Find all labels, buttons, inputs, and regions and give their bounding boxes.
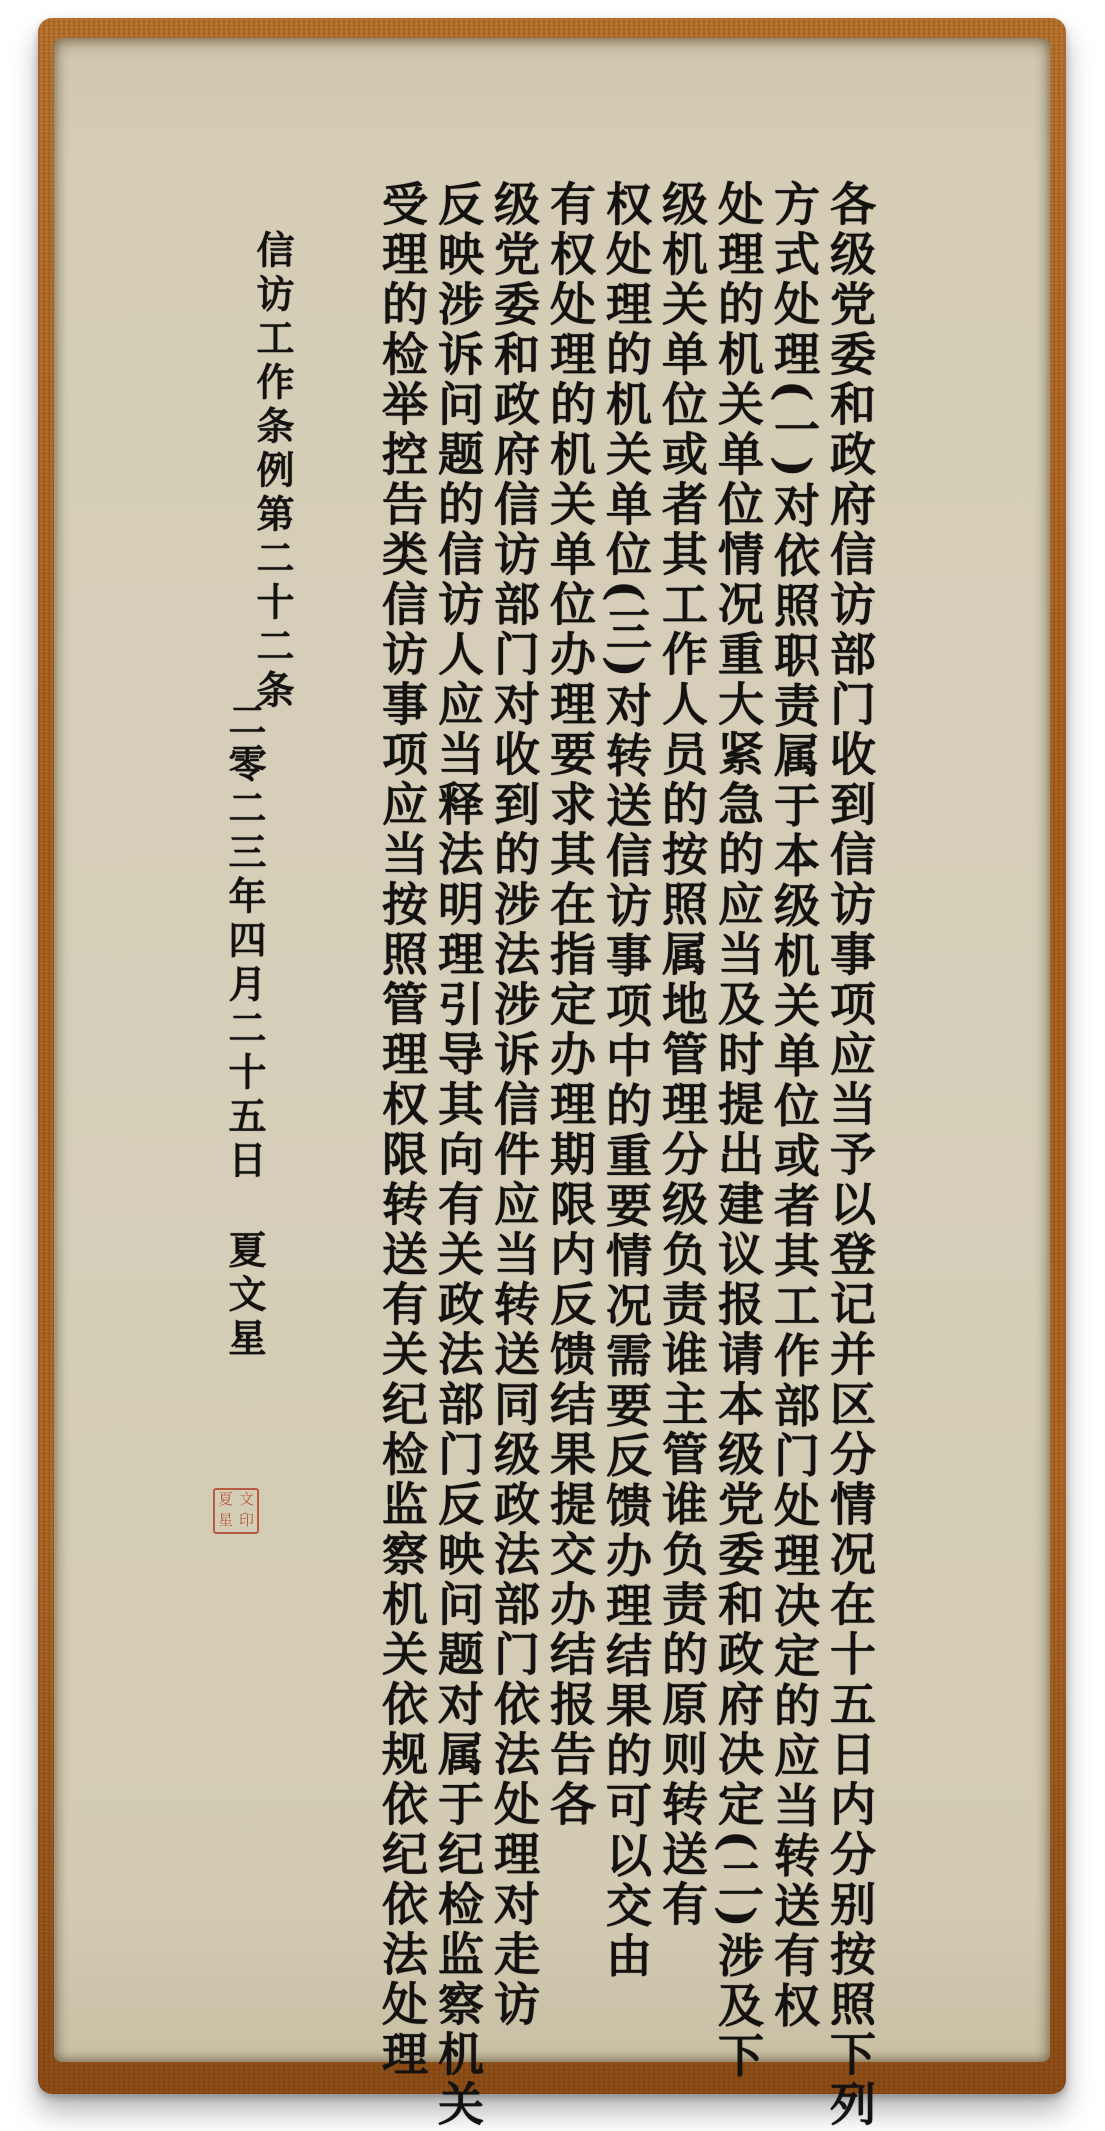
artist-seal: 夏 文 星 印 xyxy=(213,1488,259,1534)
seal-char: 印 xyxy=(236,1511,257,1532)
calligraphy-column-2: 方式处理(一)对依照职责属于本级机关单位或者其工作部门处理决定的应当转送有权 xyxy=(766,180,822,2032)
seal-char: 夏 xyxy=(215,1490,236,1511)
calligraphy-column-8: 反映涉诉问题的信访人应当释法明理引导其向有关政法部门反映问题对属于纪检监察机关 xyxy=(430,180,486,2130)
seal-char: 星 xyxy=(215,1511,236,1532)
date-inscription: 二零二三年四月二十五日 xyxy=(216,700,272,1184)
calligraphy-column-5: 权处理的机关单位(三)对转送信访事项中的重要情况需要反馈办理结果的可以交由 xyxy=(598,180,654,1982)
source-citation: 信访工作条例第二十二条 xyxy=(244,230,300,714)
calligraphy-column-1: 各级党委和政府信访部门收到信访事项应当予以登记并区分情况在十五日内分别按照下列 xyxy=(822,180,878,2130)
calligraphy-column-6: 有权处理的机关单位办理要求其在指定办理期限内反馈结果提交办结报告各 xyxy=(542,180,598,1830)
calligraphy-column-7: 级党委和政府信访部门对收到的涉法涉诉信件应当转送同级政法部门依法处理对走访 xyxy=(486,180,542,2030)
calligraphy-column-4: 级机关单位或者其工作人员的按照属地管理分级负责谁主管谁负责的原则转送有 xyxy=(654,180,710,1930)
calligraphy-column-3: 处理的机关单位情况重大紧急的应当及时提出建议报请本级党委和政府决定(二)涉及下 xyxy=(710,180,766,2082)
calligraphy-column-9: 受理的检举控告类信访事项应当按照管理权限转送有关纪检监察机关依规依纪依法处理 xyxy=(374,180,430,2080)
seal-char: 文 xyxy=(236,1490,257,1511)
artist-signature: 夏文星 xyxy=(216,1230,272,1362)
